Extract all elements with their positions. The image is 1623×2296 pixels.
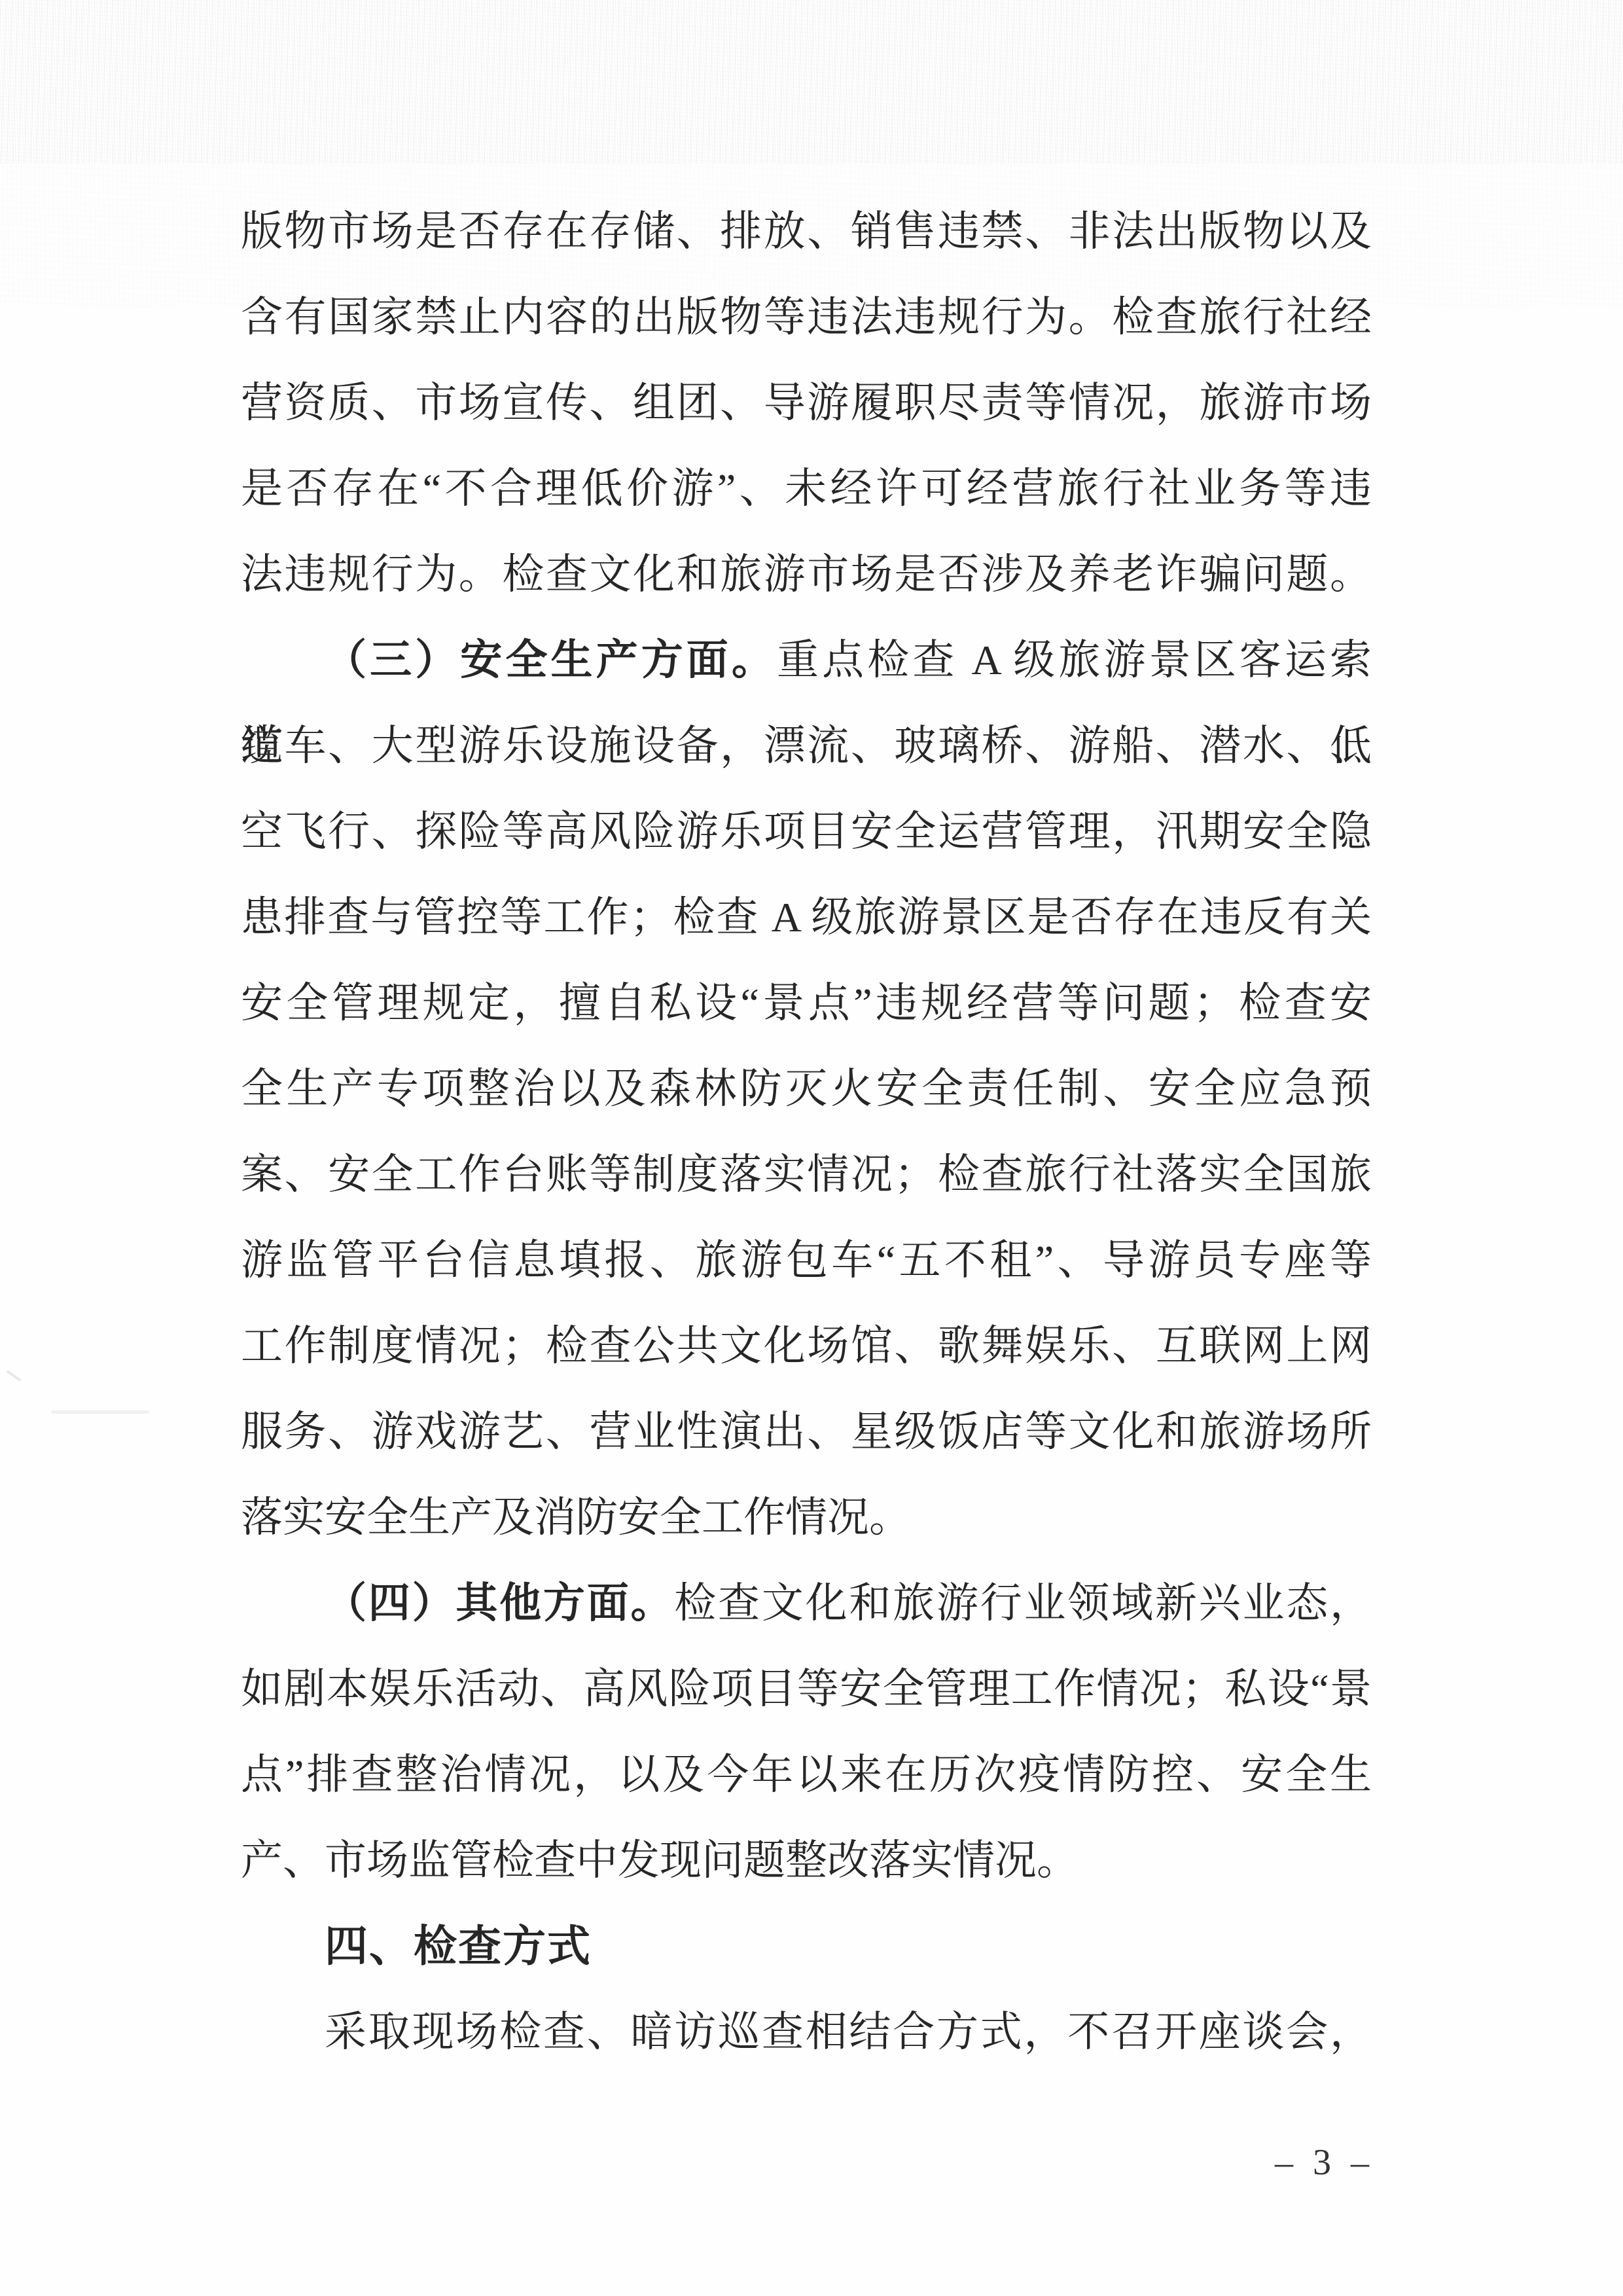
text-line: 游监管平台信息填报、旅游包车“五不租”、导游员专座等: [241, 1217, 1372, 1303]
text-line: 版物市场是否存在存储、排放、销售违禁、非法出版物以及: [241, 188, 1372, 274]
text-run: 四、检查方式: [325, 1922, 592, 1970]
text-run: 患排查与管控等工作；检查 A 级旅游景区是否存在违反有关: [241, 894, 1372, 941]
text-line: 服务、游戏游艺、营业性演出、星级饭店等文化和旅游场所: [241, 1389, 1372, 1475]
text-line: 案、安全工作台账等制度落实情况；检查旅行社落实全国旅: [241, 1132, 1372, 1217]
document-page: 版物市场是否存在存储、排放、销售违禁、非法出版物以及含有国家禁止内容的出版物等违…: [0, 0, 1623, 2296]
text-run: 如剧本娱乐活动、高风险项目等安全管理工作情况；私设“景: [241, 1666, 1372, 1712]
text-run: 案、安全工作台账等制度落实情况；检查旅行社落实全国旅: [241, 1151, 1372, 1198]
document-body: 版物市场是否存在存储、排放、销售违禁、非法出版物以及含有国家禁止内容的出版物等违…: [241, 188, 1372, 2075]
text-line: 安全管理规定，擅自私设“景点”违规经营等问题；检查安: [241, 960, 1372, 1046]
text-run: 安全管理规定，擅自私设“景点”违规经营等问题；检查安: [241, 980, 1372, 1026]
text-line: 法违规行为。检查文化和旅游市场是否涉及养老诈骗问题。: [241, 531, 1372, 617]
text-run: 工作制度情况；检查公共文化场馆、歌舞娱乐、互联网上网: [241, 1323, 1372, 1369]
text-line: 产、市场监管检查中发现问题整改落实情况。: [241, 1818, 1372, 1903]
text-run: 法违规行为。检查文化和旅游市场是否涉及养老诈骗问题。: [241, 551, 1372, 598]
text-line: （四）其他方面。检查文化和旅游行业领域新兴业态，: [241, 1560, 1372, 1646]
text-run: 营资质、市场宣传、组团、导游履职尽责等情况，旅游市场: [241, 380, 1372, 426]
text-line: 点”排查整治情况，以及今年以来在历次疫情防控、安全生: [241, 1732, 1372, 1818]
text-line: 含有国家禁止内容的出版物等违法违规行为。检查旅行社经: [241, 274, 1372, 360]
page-number: – 3 –: [1275, 2142, 1374, 2183]
text-run: 采取现场检查、暗访巡查相结合方式，不召开座谈会，: [325, 2009, 1372, 2055]
text-line: 采取现场检查、暗访巡查相结合方式，不召开座谈会，: [241, 1989, 1372, 2075]
text-run: 落实安全生产及消防安全工作情况。: [241, 1494, 911, 1541]
text-line: 全生产专项整治以及森林防灭火安全责任制、安全应急预: [241, 1046, 1372, 1132]
text-line: 如剧本娱乐活动、高风险项目等安全管理工作情况；私设“景: [241, 1646, 1372, 1732]
text-line: 空飞行、探险等高风险游乐项目安全运营管理，汛期安全隐: [241, 789, 1372, 874]
text-run: 版物市场是否存在存储、排放、销售违禁、非法出版物以及: [241, 208, 1372, 255]
section-heading: 四、检查方式: [241, 1903, 1372, 1989]
bold-text-run: （四）其他方面。: [325, 1580, 674, 1626]
text-run: 产、市场监管检查中发现问题整改落实情况。: [241, 1837, 1079, 1884]
text-line: （三）安全生产方面。重点检查 A 级旅游景区客运索道、: [241, 617, 1372, 703]
text-line: 营资质、市场宣传、组团、导游履职尽责等情况，旅游市场: [241, 360, 1372, 446]
scan-smudge: [51, 1410, 149, 1414]
scan-noise-artifact: [0, 0, 1623, 164]
text-run: 是否存在“不合理低价游”、未经许可经营旅行社业务等违: [241, 465, 1372, 512]
text-run: 点”排查整治情况，以及今年以来在历次疫情防控、安全生: [241, 1751, 1372, 1798]
text-run: 缆车、大型游乐设施设备，漂流、玻璃桥、游船、潜水、低: [241, 723, 1372, 769]
text-line: 是否存在“不合理低价游”、未经许可经营旅行社业务等违: [241, 446, 1372, 531]
text-line: 缆车、大型游乐设施设备，漂流、玻璃桥、游船、潜水、低: [241, 703, 1372, 789]
scan-smudge: [6, 1370, 22, 1382]
text-run: 游监管平台信息填报、旅游包车“五不租”、导游员专座等: [241, 1237, 1372, 1283]
text-run: 空飞行、探险等高风险游乐项目安全运营管理，汛期安全隐: [241, 808, 1372, 855]
text-run: 含有国家禁止内容的出版物等违法违规行为。检查旅行社经: [241, 294, 1372, 340]
text-line: 工作制度情况；检查公共文化场馆、歌舞娱乐、互联网上网: [241, 1303, 1372, 1389]
text-run: 检查文化和旅游行业领域新兴业态，: [674, 1580, 1372, 1626]
bold-text-run: （三）安全生产方面。: [325, 637, 777, 683]
text-run: 全生产专项整治以及森林防灭火安全责任制、安全应急预: [241, 1066, 1372, 1112]
text-line: 落实安全生产及消防安全工作情况。: [241, 1475, 1372, 1560]
text-run: 服务、游戏游艺、营业性演出、星级饭店等文化和旅游场所: [241, 1408, 1372, 1455]
text-line: 患排查与管控等工作；检查 A 级旅游景区是否存在违反有关: [241, 874, 1372, 960]
